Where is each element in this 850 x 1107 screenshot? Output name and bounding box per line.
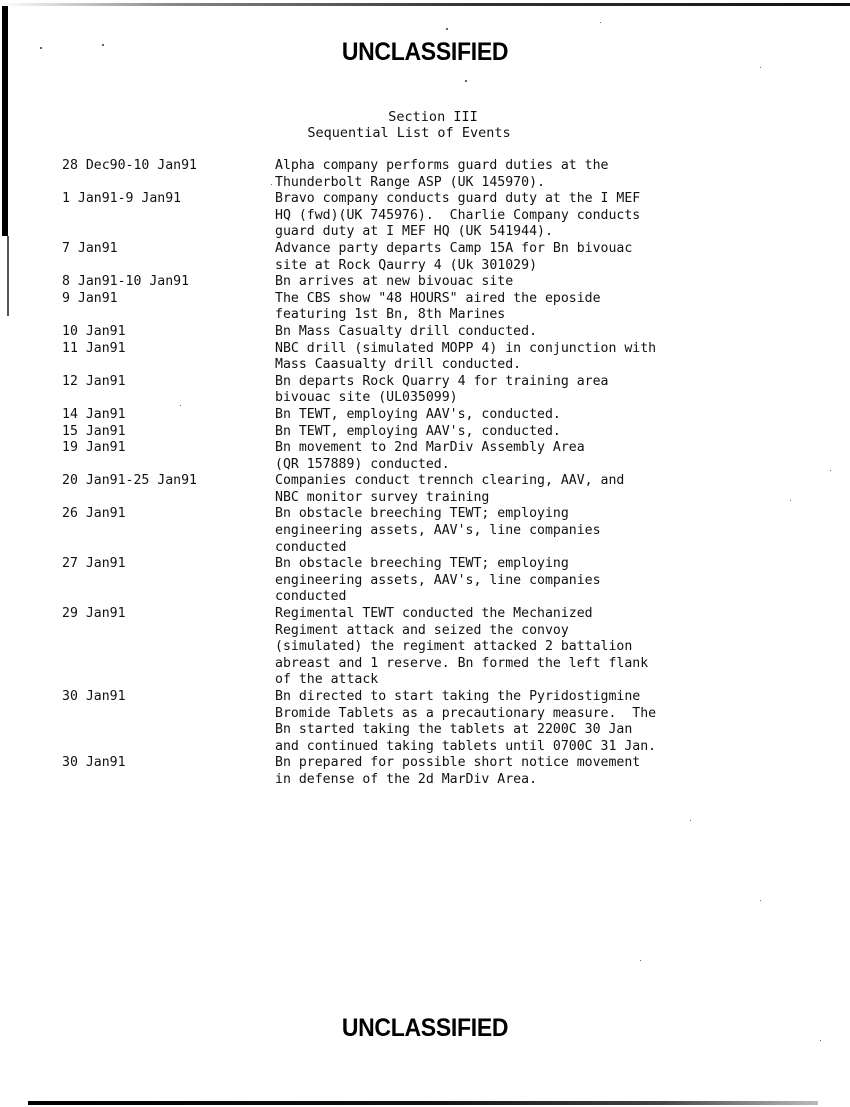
event-description-line: conducted <box>275 540 822 557</box>
section-subtitle: Sequential List of Events <box>0 125 834 142</box>
event-description-line: Bravo company conducts guard duty at the… <box>275 191 822 208</box>
event-description-line: bivouac site (UL035099) <box>275 390 822 407</box>
event-description-line: NBC drill (simulated MOPP 4) in conjunct… <box>275 341 822 358</box>
event-description: Bn TEWT, employing AAV's, conducted. <box>275 424 822 441</box>
section-title: Section III <box>8 109 850 126</box>
event-description-line: NBC monitor survey training <box>275 490 822 507</box>
scan-speck <box>446 28 448 30</box>
classification-marking-bottom: UNCLASSIFIED <box>0 1013 850 1043</box>
event-row: 29 Jan91Regimental TEWT conducted the Me… <box>62 606 822 689</box>
event-row: 28 Dec90-10 Jan91Alpha company performs … <box>62 158 822 191</box>
event-date: 30 Jan91 <box>62 689 275 755</box>
event-description: Alpha company performs guard duties at t… <box>275 158 822 191</box>
event-description: Bn Mass Casualty drill conducted. <box>275 324 822 341</box>
scan-speck <box>690 820 691 821</box>
event-description: Bravo company conducts guard duty at the… <box>275 191 822 241</box>
event-row: 19 Jan91Bn movement to 2nd MarDiv Assemb… <box>62 440 822 473</box>
event-description: NBC drill (simulated MOPP 4) in conjunct… <box>275 341 822 374</box>
scan-speck <box>830 470 831 471</box>
event-description-line: site at Rock Qaurry 4 (Uk 301029) <box>275 258 822 275</box>
event-description: Bn TEWT, employing AAV's, conducted. <box>275 407 822 424</box>
event-date: 1 Jan91-9 Jan91 <box>62 191 275 241</box>
event-description: Regimental TEWT conducted the Mechanized… <box>275 606 822 689</box>
event-description-line: (simulated) the regiment attacked 2 batt… <box>275 639 822 656</box>
event-description-line: Mass Caasualty drill conducted. <box>275 357 822 374</box>
events-list: 28 Dec90-10 Jan91Alpha company performs … <box>62 158 822 789</box>
left-scan-edge-thin <box>7 236 9 316</box>
event-date: 19 Jan91 <box>62 440 275 473</box>
event-description-line: Advance party departs Camp 15A for Bn bi… <box>275 241 822 258</box>
event-row: 14 Jan91Bn TEWT, employing AAV's, conduc… <box>62 407 822 424</box>
event-description-line: engineering assets, AAV's, line companie… <box>275 573 822 590</box>
event-row: 9 Jan91The CBS show "48 HOURS" aired the… <box>62 291 822 324</box>
event-description-line: Bn prepared for possible short notice mo… <box>275 755 822 772</box>
scan-speck <box>640 960 641 961</box>
event-description: Bn obstacle breeching TEWT; employingeng… <box>275 556 822 606</box>
event-row: 10 Jan91Bn Mass Casualty drill conducted… <box>62 324 822 341</box>
event-description-line: of the attack <box>275 672 822 689</box>
event-description-line: (QR 157889) conducted. <box>275 457 822 474</box>
event-description: Advance party departs Camp 15A for Bn bi… <box>275 241 822 274</box>
event-row: 30 Jan91Bn directed to start taking the … <box>62 689 822 755</box>
event-description-line: Bn directed to start taking the Pyridost… <box>275 689 822 706</box>
event-date: 15 Jan91 <box>62 424 275 441</box>
scan-speck <box>180 405 181 406</box>
event-description-line: Bn departs Rock Quarry 4 for training ar… <box>275 374 822 391</box>
event-description-line: and continued taking tablets until 0700C… <box>275 739 822 756</box>
event-description-line: Companies conduct trennch clearing, AAV,… <box>275 473 822 490</box>
scan-speck <box>600 22 601 23</box>
event-row: 30 Jan91Bn prepared for possible short n… <box>62 755 822 788</box>
event-date: 27 Jan91 <box>62 556 275 606</box>
event-date: 20 Jan91-25 Jan91 <box>62 473 275 506</box>
event-description-line: Bn obstacle breeching TEWT; employing <box>275 506 822 523</box>
event-description-line: Regimental TEWT conducted the Mechanized <box>275 606 822 623</box>
scan-speck <box>102 44 104 46</box>
event-row: 8 Jan91-10 Jan91Bn arrives at new bivoua… <box>62 274 822 291</box>
event-description-line: Bn TEWT, employing AAV's, conducted. <box>275 424 822 441</box>
event-description-line: Bromide Tablets as a precautionary measu… <box>275 706 822 723</box>
event-description-line: Bn obstacle breeching TEWT; employing <box>275 556 822 573</box>
event-row: 15 Jan91Bn TEWT, employing AAV's, conduc… <box>62 424 822 441</box>
event-description: Bn departs Rock Quarry 4 for training ar… <box>275 374 822 407</box>
event-description-line: Bn arrives at new bivouac site <box>275 274 822 291</box>
event-description: Bn arrives at new bivouac site <box>275 274 822 291</box>
event-date: 9 Jan91 <box>62 291 275 324</box>
classification-marking-top: UNCLASSIFIED <box>0 37 850 67</box>
scan-speck <box>790 500 791 501</box>
event-date: 29 Jan91 <box>62 606 275 689</box>
event-row: 26 Jan91Bn obstacle breeching TEWT; empl… <box>62 506 822 556</box>
event-row: 11 Jan91NBC drill (simulated MOPP 4) in … <box>62 341 822 374</box>
event-row: 20 Jan91-25 Jan91Companies conduct trenn… <box>62 473 822 506</box>
scan-speck <box>271 184 272 185</box>
event-row: 12 Jan91Bn departs Rock Quarry 4 for tra… <box>62 374 822 407</box>
event-row: 27 Jan91Bn obstacle breeching TEWT; empl… <box>62 556 822 606</box>
event-description-line: Alpha company performs guard duties at t… <box>275 158 822 175</box>
event-description: Companies conduct trennch clearing, AAV,… <box>275 473 822 506</box>
event-date: 28 Dec90-10 Jan91 <box>62 158 275 191</box>
bottom-scan-edge <box>28 1101 818 1105</box>
document-page: UNCLASSIFIED Section III Sequential List… <box>0 0 850 1107</box>
scan-speck <box>760 900 761 901</box>
event-description: Bn obstacle breeching TEWT; employingeng… <box>275 506 822 556</box>
scan-speck <box>40 47 42 49</box>
scan-speck <box>820 1040 821 1041</box>
event-description-line: The CBS show "48 HOURS" aired the eposid… <box>275 291 822 308</box>
event-description-line: guard duty at I MEF HQ (UK 541944). <box>275 224 822 241</box>
event-date: 12 Jan91 <box>62 374 275 407</box>
event-date: 7 Jan91 <box>62 241 275 274</box>
event-row: 7 Jan91Advance party departs Camp 15A fo… <box>62 241 822 274</box>
event-description-line: in defense of the 2d MarDiv Area. <box>275 772 822 789</box>
event-description-line: featuring 1st Bn, 8th Marines <box>275 307 822 324</box>
event-description: The CBS show "48 HOURS" aired the eposid… <box>275 291 822 324</box>
event-description: Bn prepared for possible short notice mo… <box>275 755 822 788</box>
event-description-line: abreast and 1 reserve. Bn formed the lef… <box>275 656 822 673</box>
event-date: 8 Jan91-10 Jan91 <box>62 274 275 291</box>
event-date: 11 Jan91 <box>62 341 275 374</box>
event-description-line: Bn Mass Casualty drill conducted. <box>275 324 822 341</box>
event-description: Bn directed to start taking the Pyridost… <box>275 689 822 755</box>
event-description-line: Bn movement to 2nd MarDiv Assembly Area <box>275 440 822 457</box>
event-row: 1 Jan91-9 Jan91Bravo company conducts gu… <box>62 191 822 241</box>
event-description-line: HQ (fwd)(UK 745976). Charlie Company con… <box>275 208 822 225</box>
event-description-line: Bn started taking the tablets at 2200C 3… <box>275 722 822 739</box>
scan-speck <box>760 67 761 68</box>
top-scan-edge <box>0 3 850 6</box>
event-description-line: Regiment attack and seized the convoy <box>275 623 822 640</box>
event-description-line: Bn TEWT, employing AAV's, conducted. <box>275 407 822 424</box>
event-description-line: Thunderbolt Range ASP (UK 145970). <box>275 175 822 192</box>
event-date: 10 Jan91 <box>62 324 275 341</box>
event-description: Bn movement to 2nd MarDiv Assembly Area(… <box>275 440 822 473</box>
event-description-line: engineering assets, AAV's, line companie… <box>275 523 822 540</box>
event-description-line: conducted <box>275 589 822 606</box>
event-date: 30 Jan91 <box>62 755 275 788</box>
event-date: 14 Jan91 <box>62 407 275 424</box>
scan-speck <box>465 80 467 82</box>
event-date: 26 Jan91 <box>62 506 275 556</box>
